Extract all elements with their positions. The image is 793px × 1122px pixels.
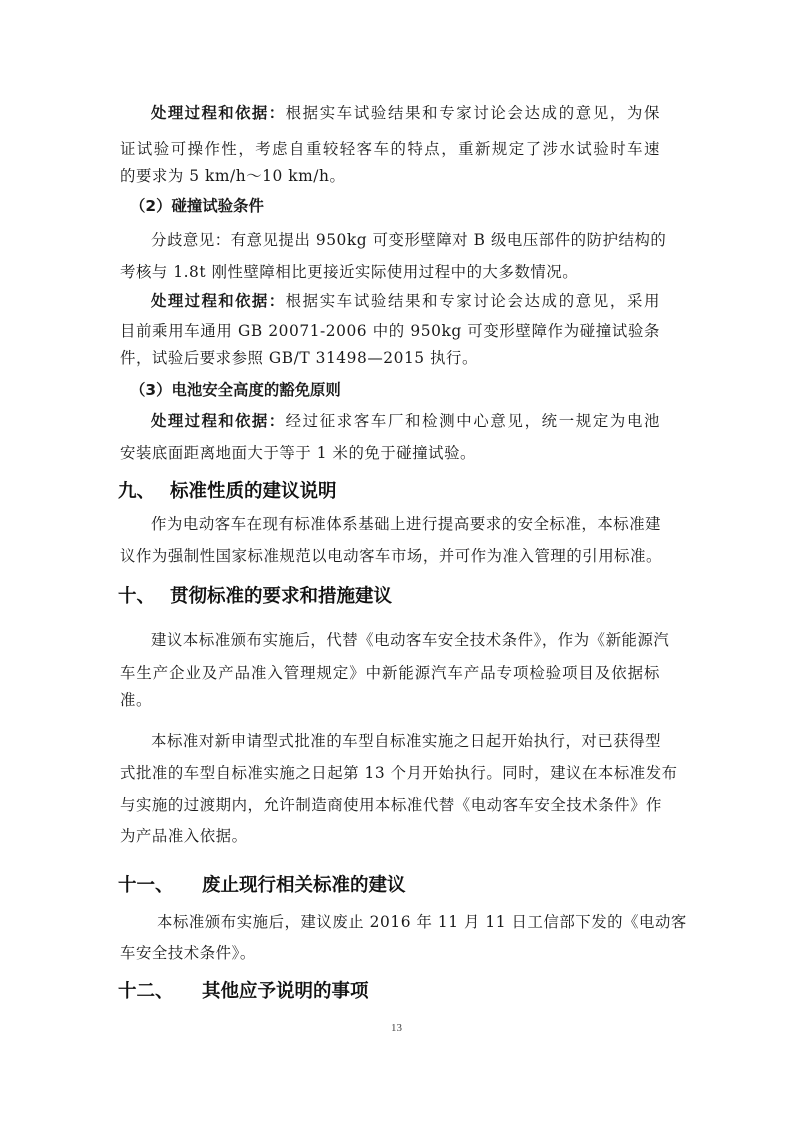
section-heading-9: 九、标准性质的建议说明 — [118, 480, 337, 504]
paragraph-line: 为产品准入依据。 — [120, 826, 660, 846]
paragraph-line: 本标准对新申请型式批准的车型自标准实施之日起开始执行，对已获得型 — [151, 731, 660, 751]
paragraph-line: 考核与 1.8t 刚性壁障相比更接近实际使用过程中的大多数情况。 — [120, 262, 660, 282]
section-title: 其他应予说明的事项 — [202, 980, 369, 1004]
bold-lead: 处理过程和依据： — [151, 292, 286, 310]
paragraph-line: 本标准颁布实施后，建议废止 2016 年 11 月 11 日工信部下发的《电动客 — [157, 912, 660, 932]
paragraph-line: 的要求为 5 km/h～10 km/h。 — [120, 166, 660, 186]
paragraph-line: 处理过程和依据：经过征求客车厂和检测中心意见，统一规定为电池 — [151, 411, 660, 431]
section-number: 九、 — [118, 480, 170, 504]
paragraph-line: 分歧意见：有意见提出 950kg 可变形壁障对 B 级电压部件的防护结构的 — [151, 230, 660, 250]
paragraph-line: 建议本标准颁布实施后，代替《电动客车安全技术条件》，作为《新能源汽 — [151, 630, 660, 650]
document-page: 处理过程和依据：根据实车试验结果和专家讨论会达成的意见，为保 证试验可操作性，考… — [0, 0, 793, 1122]
paragraph-line: 目前乘用车通用 GB 20071-2006 中的 950kg 可变形壁障作为碰撞… — [120, 321, 660, 341]
section-heading-11: 十一、废止现行相关标准的建议 — [118, 874, 406, 898]
bold-lead: 处理过程和依据： — [151, 412, 286, 430]
paragraph-line: 证试验可操作性，考虑自重较轻客车的特点，重新规定了涉水试验时车速 — [120, 139, 660, 159]
paragraph-line: 件，试验后要求参照 GB/T 31498—2015 执行。 — [120, 348, 660, 368]
paragraph-line: 处理过程和依据：根据实车试验结果和专家讨论会达成的意见，采用 — [151, 291, 660, 311]
subheading-collision-test-conditions: （2）碰撞试验条件 — [130, 196, 264, 216]
section-number: 十二、 — [118, 980, 202, 1004]
section-heading-12: 十二、其他应予说明的事项 — [118, 980, 369, 1004]
paragraph-line: 安装底面距离地面大于等于 1 米的免于碰撞试验。 — [120, 443, 660, 463]
paragraph-line: 车安全技术条件》。 — [120, 943, 660, 963]
paragraph-line: 式批准的车型自标准实施之日起第 13 个月开始执行。同时，建议在本标准发布 — [120, 763, 660, 783]
paragraph-line: 议作为强制性国家标准规范以电动客车市场，并可作为准入管理的引用标准。 — [120, 546, 660, 566]
section-title: 废止现行相关标准的建议 — [202, 874, 406, 898]
section-title: 标准性质的建议说明 — [170, 480, 337, 504]
subheading-battery-height-exemption: （3）电池安全高度的豁免原则 — [130, 380, 341, 400]
paragraph-line: 车生产企业及产品准入管理规定》中新能源汽车产品专项检验项目及依据标 — [120, 663, 660, 683]
bold-lead: 处理过程和依据： — [151, 104, 286, 122]
paragraph-line: 处理过程和依据：根据实车试验结果和专家讨论会达成的意见，为保 — [151, 103, 660, 123]
paragraph-line: 作为电动客车在现有标准体系基础上进行提高要求的安全标准，本标准建 — [151, 514, 660, 534]
paragraph-line: 准。 — [120, 690, 660, 710]
section-number: 十一、 — [118, 874, 202, 898]
section-heading-10: 十、贯彻标准的要求和措施建议 — [118, 585, 392, 609]
page-number: 13 — [0, 1021, 793, 1035]
paragraph-line: 与实施的过渡期内，允许制造商使用本标准代替《电动客车安全技术条件》作 — [120, 795, 660, 815]
section-number: 十、 — [118, 585, 170, 609]
section-title: 贯彻标准的要求和措施建议 — [170, 585, 392, 609]
